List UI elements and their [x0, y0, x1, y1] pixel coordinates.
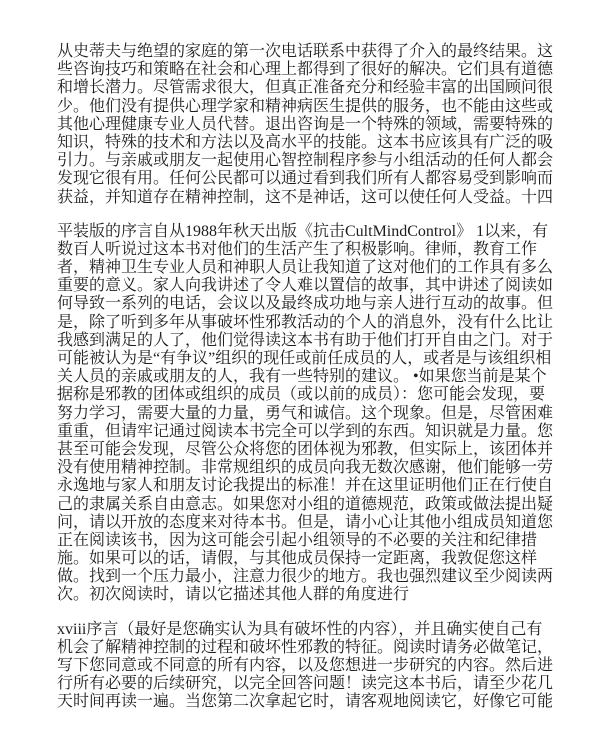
text-line: 少。他们没有提供心理学家和精神病医生提供的服务，也不能由这些或	[57, 98, 557, 116]
text-line: 重重，但请牢记通过阅读本书完全可以学到的东西。知识就是力量。您	[57, 423, 557, 441]
text-line: 永逸地与家人和朋友讨论我提出的标准！并在这里证明他们正在行使自	[57, 477, 557, 495]
paragraph: xviii序言（最好是您确实认为具有破坏性的内容），并且确实使自己有机会了解精神…	[57, 621, 557, 712]
text-line: 和增长潜力。尽管需求很大，但真正准备充分和经验丰富的出国顾问很	[57, 79, 557, 97]
text-line: 其他心理健康专业人员代替。退出咨询是一个特殊的领域，需要特殊的	[57, 116, 557, 134]
text-line: 引力。与亲戚或朋友一起使用心智控制程序参与小组活动的任何人都会	[57, 152, 557, 170]
text-line: 何导致一系列的电话，会议以及最终成功地与亲人进行互动的故事。但	[57, 295, 557, 313]
text-line: 可能被认为是“有争议”组织的现任或前任成员的人，或者是与该组织相	[57, 350, 557, 368]
text-line: 机会了解精神控制的过程和破坏性邪教的特征。阅读时请务必做笔记，	[57, 639, 557, 657]
text-line: 数百人听说过这本书对他们的生活产生了积极影响。律师，教育工作	[57, 241, 557, 259]
text-line: 获益，并知道存在精神控制，这不是神话，这可以使任何人受益。十四	[57, 189, 557, 207]
page-text: 从史蒂夫与绝望的家庭的第一次电话联系中获得了介入的最终结果。这些咨询技巧和策略在…	[57, 43, 557, 712]
text-line: 发现它很有用。任何公民都可以通过看到我们所有人都容易受到影响而	[57, 170, 557, 188]
text-line: 做。找到一个压力最小，注意力很少的地方。我也强烈建议至少阅读两	[57, 568, 557, 586]
text-line: 努力学习，需要大量的力量，勇气和诚信。这个现象。但是，尽管困难	[57, 405, 557, 423]
text-line: 问，请以开放的态度来对待本书。但是，请小心让其他小组成员知道您	[57, 514, 557, 532]
text-line: 从史蒂夫与绝望的家庭的第一次电话联系中获得了介入的最终结果。这	[57, 43, 557, 61]
text-line: 平装版的序言自从1988年秋天出版《抗击CultMindControl》 1以来…	[57, 223, 557, 241]
text-line: 甚至可能会发现，尽管公众将您的团体视为邪教，但实际上，该团体并	[57, 441, 557, 459]
text-line: 据称是邪教的团体或组织的成员（或以前的成员）：您可能会发现，要	[57, 386, 557, 404]
text-line: 次。初次阅读时，请以它描述其他人群的角度进行	[57, 586, 557, 604]
text-line: 关人员的亲戚或朋友的人，我有一些特别的建议。 •如果您当前是某个	[57, 368, 557, 386]
text-line: 行所有必要的后续研究，以完全回答问题！读完这本书后，请至少花几	[57, 675, 557, 693]
document-page: 从史蒂夫与绝望的家庭的第一次电话联系中获得了介入的最终结果。这些咨询技巧和策略在…	[0, 0, 603, 755]
text-line: 是，除了听到多年从事破坏性邪教活动的个人的消息外，没有什么比让	[57, 314, 557, 332]
text-line: 些咨询技巧和策略在社会和心理上都得到了很好的解决。它们具有道德	[57, 61, 557, 79]
text-line: 天时间再读一遍。当您第二次拿起它时，请客观地阅读它，好像它可能	[57, 693, 557, 711]
text-line: xviii序言（最好是您确实认为具有破坏性的内容），并且确实使自己有	[57, 621, 557, 639]
text-line: 知识，特殊的技术和方法以及高水平的技能。这本书应该具有广泛的吸	[57, 134, 557, 152]
paragraph: 平装版的序言自从1988年秋天出版《抗击CultMindControl》 1以来…	[57, 223, 557, 605]
paragraph: 从史蒂夫与绝望的家庭的第一次电话联系中获得了介入的最终结果。这些咨询技巧和策略在…	[57, 43, 557, 207]
text-line: 重要的意义。家人向我讲述了令人难以置信的故事，其中讲述了阅读如	[57, 277, 557, 295]
text-line: 我感到满足的人了，他们觉得读这本书有助于他们打开自由之门。对于	[57, 332, 557, 350]
text-line: 施。如果可以的话，请假，与其他成员保持一定距离，我敦促您这样	[57, 550, 557, 568]
text-line: 正在阅读该书，因为这可能会引起小组领导的不必要的关注和纪律措	[57, 532, 557, 550]
text-line: 写下您同意或不同意的所有内容，以及您想进一步研究的内容。然后进	[57, 657, 557, 675]
text-line: 没有使用精神控制。非常规组织的成员向我无数次感谢，他们能够一劳	[57, 459, 557, 477]
text-line: 己的隶属关系自由意志。如果您对小组的道德规范，政策或做法提出疑	[57, 496, 557, 514]
text-line: 者，精神卫生专业人员和神职人员让我知道了这对他们的工作具有多么	[57, 259, 557, 277]
